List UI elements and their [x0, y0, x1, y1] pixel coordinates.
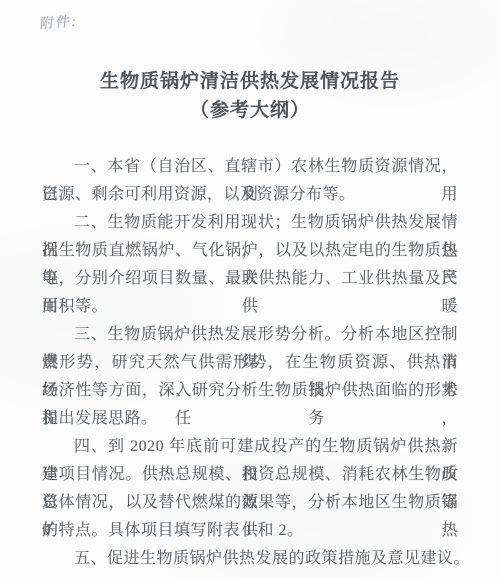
document-body: 一、本省（自治区、直辖市）农林生物质资源情况，已利用 资源、剩余可利用资源，以及… [42, 153, 458, 573]
paragraph-4: 四、到 2020 年底前可建成投产的生物质锅炉供热新建和改 造项目情况。供热总规… [42, 433, 458, 545]
scanned-document-page: 附件: 生物质锅炉清洁供热发展情况报告 （参考大纲） 一、本省（自治区、直辖市）… [0, 0, 500, 578]
body-line: 一、本省（自治区、直辖市）农林生物质资源情况，已利用 [42, 153, 458, 181]
document-title: 生物质锅炉清洁供热发展情况报告 [0, 70, 500, 93]
body-line: 四、到 2020 年底前可建成投产的生物质锅炉供热新建和改 [42, 433, 458, 461]
body-line: 经济性等方面，深入研究分析生物质锅炉供热面临的形势和任务， [42, 377, 458, 405]
body-line: 五、促进生物质锅炉供热发展的政策措施及意见建议。 [42, 545, 458, 573]
body-line: 总体情况，以及替代燃煤的效果等，分析本地区生物质锅炉供热 [42, 489, 458, 517]
body-line: 括生物质直燃锅炉、气化锅炉，以及以热定电的生物质热电联产 [42, 237, 458, 265]
title-block: 生物质锅炉清洁供热发展情况报告 （参考大纲） [0, 70, 500, 122]
paragraph-5: 五、促进生物质锅炉供热发展的政策措施及意见建议。 [42, 545, 458, 573]
paragraph-3: 三、生物质锅炉供热发展形势分析。分析本地区控制燃煤消 费形势，研究天然气供需形势… [42, 321, 458, 433]
document-subtitle: （参考大纲） [0, 99, 500, 122]
paragraph-1: 一、本省（自治区、直辖市）农林生物质资源情况，已利用 资源、剩余可利用资源，以及… [42, 153, 458, 209]
body-line: 费形势，研究天然气供需形势，在生物质资源、供热市场、技术 [42, 349, 458, 377]
body-line: 等，分别介绍项目数量、最大供热能力、工业供热量及民用供暖 [42, 265, 458, 293]
body-line: 造项目情况。供热总规模、投资总规模、消耗农林生物质资源等 [42, 461, 458, 489]
handwritten-attachment-note: 附件: [39, 11, 79, 34]
paragraph-2: 二、生物质能开发利用现状；生物质锅炉供热发展情况，包 括生物质直燃锅炉、气化锅炉… [42, 209, 458, 321]
body-line: 三、生物质锅炉供热发展形势分析。分析本地区控制燃煤消 [42, 321, 458, 349]
body-line: 二、生物质能开发利用现状；生物质锅炉供热发展情况，包 [42, 209, 458, 237]
